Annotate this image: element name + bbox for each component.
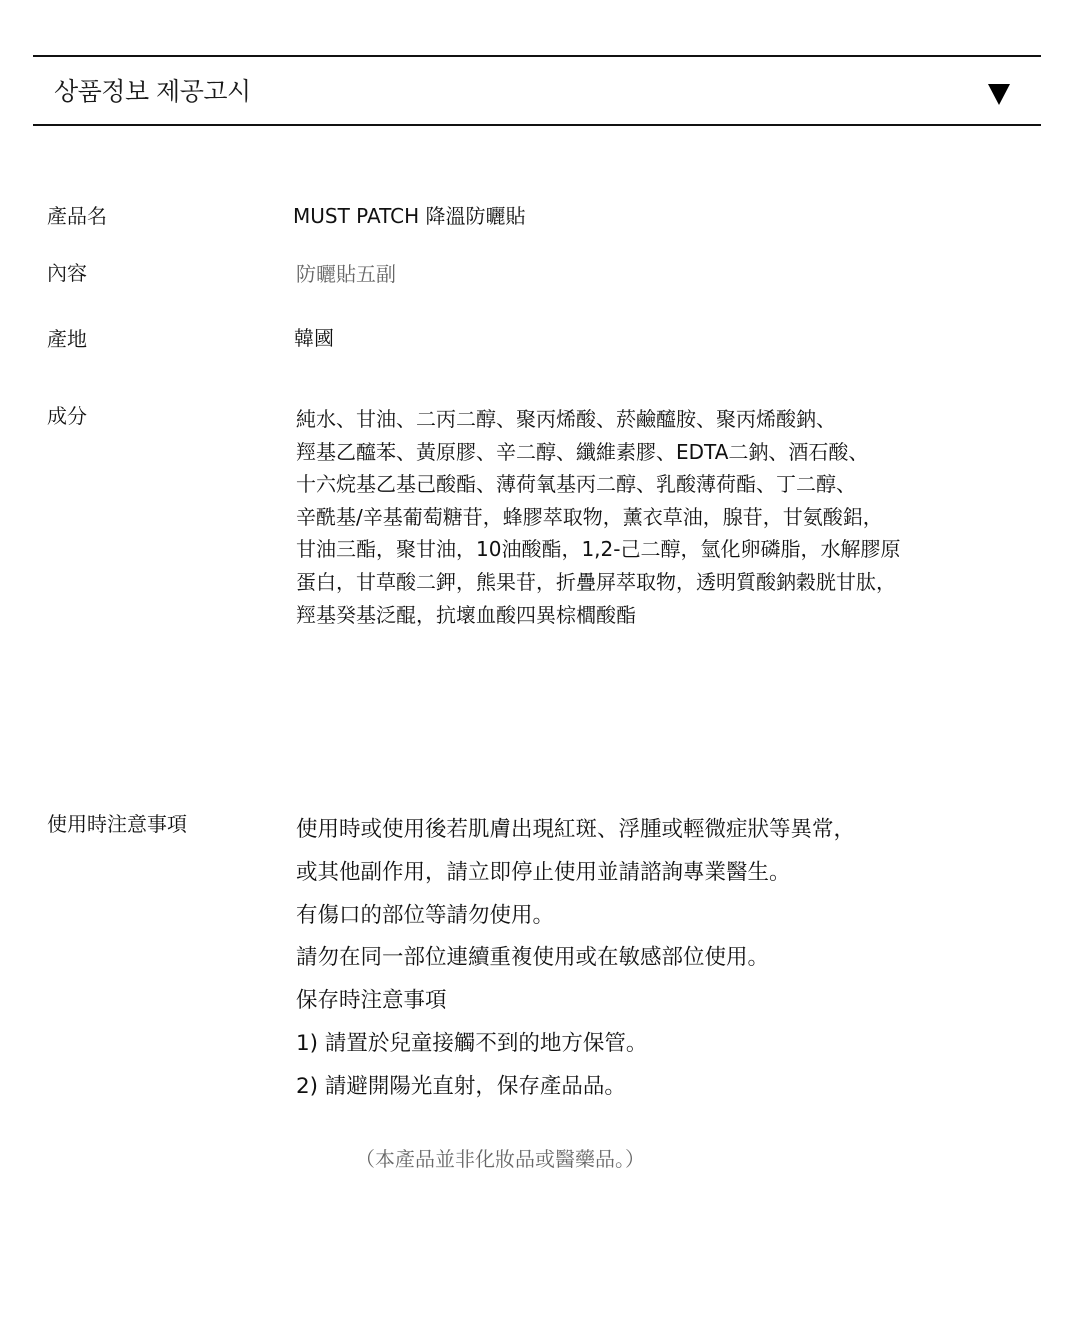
triangle-down-icon[interactable]: [988, 84, 1010, 105]
storage-heading: 保存時注意事項: [296, 980, 855, 1023]
ingredients-line: 辛酰基/辛基葡萄糖苷，蜂膠萃取物，薰衣草油，腺苷，甘氨酸鋁，: [296, 501, 900, 534]
content-label: 內容: [47, 260, 87, 286]
product-name-label: 產品名: [47, 203, 107, 229]
origin-value: 韓國: [294, 325, 334, 351]
product-info-accordion-header[interactable]: 상품정보 제공고시: [33, 55, 1041, 126]
ingredients-line: 羥基癸基泛醌，抗壞血酸四異棕櫚酸酯: [296, 599, 900, 632]
section-title: 상품정보 제공고시: [54, 76, 251, 108]
ingredients-line: 蛋白，甘草酸二鉀，熊果苷，折疊屏萃取物，透明質酸鈉穀胱甘肽，: [296, 566, 900, 599]
ingredients-line: 十六烷基乙基己酸酯、薄荷氧基丙二醇、乳酸薄荷酯、丁二醇、: [296, 468, 900, 501]
ingredients-line: 純水、甘油、二丙二醇、聚丙烯酸、菸鹼醯胺、聚丙烯酸鈉、: [296, 403, 900, 436]
cautions-label: 使用時注意事項: [47, 811, 187, 837]
ingredients-line: 甘油三酯，聚甘油，10油酸酯，1,2-己二醇，氫化卵磷脂，水解膠原: [296, 533, 900, 566]
content-value: 防曬貼五副: [296, 261, 396, 287]
caution-line: 有傷口的部位等請勿使用。: [296, 895, 855, 938]
caution-line: 1) 請置於兒童接觸不到的地方保管。: [296, 1023, 855, 1066]
disclaimer-footnote: （本產品並非化妝品或醫藥品。）: [355, 1145, 645, 1173]
cautions-list: 使用時或使用後若肌膚出現紅斑、浮腫或輕微症狀等異常， 或其他副作用，請立即停止使…: [296, 809, 855, 1109]
origin-label: 產地: [47, 326, 87, 352]
product-name-value: MUST PATCH 降溫防曬貼: [293, 203, 525, 229]
ingredients-line: 羥基乙醯苯、黃原膠、辛二醇、纖維素膠、EDTA二鈉、酒石酸、: [296, 436, 900, 469]
caution-line: 使用時或使用後若肌膚出現紅斑、浮腫或輕微症狀等異常，: [296, 809, 855, 852]
caution-line: 2) 請避開陽光直射，保存產品品。: [296, 1066, 855, 1109]
caution-line: 請勿在同一部位連續重複使用或在敏感部位使用。: [296, 937, 855, 980]
caution-line: 或其他副作用，請立即停止使用並請諮詢專業醫生。: [296, 852, 855, 895]
ingredients-label: 成分: [47, 403, 87, 429]
ingredients-list: 純水、甘油、二丙二醇、聚丙烯酸、菸鹼醯胺、聚丙烯酸鈉、 羥基乙醯苯、黃原膠、辛二…: [296, 403, 900, 631]
